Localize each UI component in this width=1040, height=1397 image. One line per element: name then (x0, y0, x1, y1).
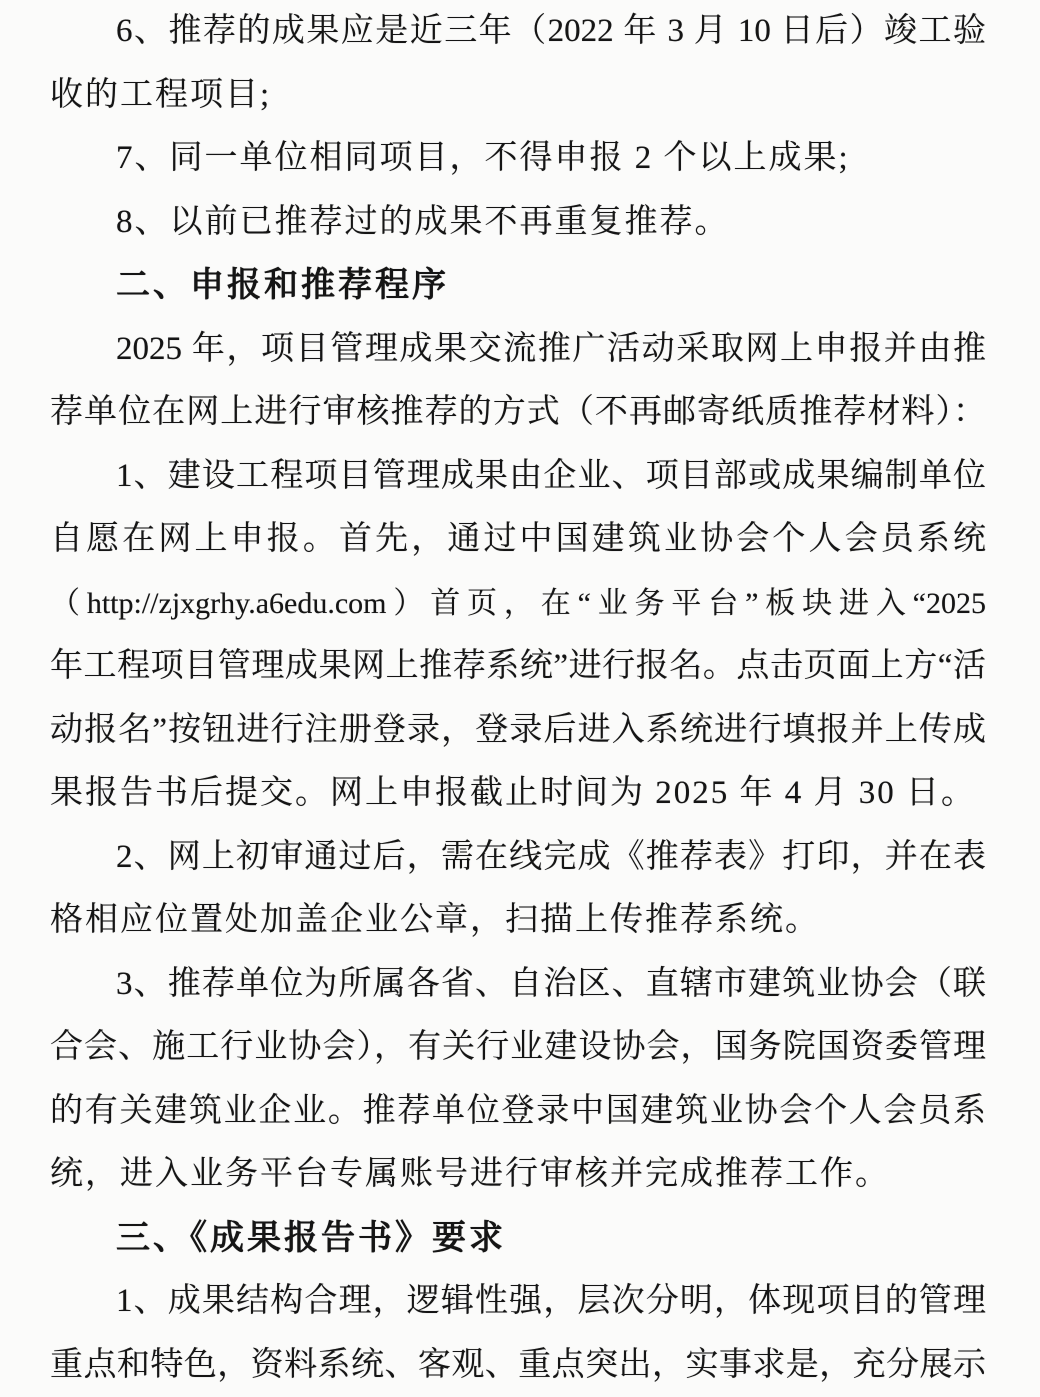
text-line: 7、同一单位相同项目，不得申报 2 个以上成果; (50, 127, 986, 191)
text-line: 6、推荐的成果应是近三年（2022 年 3 月 10 日后）竣工验 (50, 0, 986, 64)
text-line: 统，进入业务平台专属账号进行审核并完成推荐工作。 (50, 1143, 986, 1207)
text-line: 重点和特色，资料系统、客观、重点突出，实事求是，充分展示 (50, 1334, 986, 1397)
text-line: 动报名”按钮进行注册登录，登录后进入系统进行填报并上传成 (50, 699, 986, 763)
section-heading: 二、申报和推荐程序 (50, 254, 986, 318)
text-line: 3、推荐单位为所属各省、自治区、直辖市建筑业协会（联 (50, 953, 986, 1017)
text-line: 8、以前已推荐过的成果不再重复推荐。 (50, 191, 986, 255)
document-page: 6、推荐的成果应是近三年（2022 年 3 月 10 日后）竣工验 收的工程项目… (0, 0, 1040, 1397)
section-heading: 三、《成果报告书》要求 (50, 1207, 986, 1271)
text-line: 荐单位在网上进行审核推荐的方式（不再邮寄纸质推荐材料）： (50, 381, 986, 445)
text-line: 合会、施工行业协会），有关行业建设协会，国务院国资委管理 (50, 1016, 986, 1080)
text-line: 果报告书后提交。网上申报截止时间为 2025 年 4 月 30 日。 (50, 762, 986, 826)
text-line: 的有关建筑业企业。推荐单位登录中国建筑业协会个人会员系 (50, 1080, 986, 1144)
text-line: 自愿在网上申报。首先，通过中国建筑业协会个人会员系统 (50, 508, 986, 572)
text-line: 1、成果结构合理，逻辑性强，层次分明，体现项目的管理 (50, 1270, 986, 1334)
text-line: 1、建设工程项目管理成果由企业、项目部或成果编制单位 (50, 445, 986, 509)
text-line: 2025 年，项目管理成果交流推广活动采取网上申报并由推 (50, 318, 986, 382)
text-line: 年工程项目管理成果网上推荐系统”进行报名。点击页面上方“活 (50, 635, 986, 699)
text-line: 2、网上初审通过后，需在线完成《推荐表》打印，并在表 (50, 826, 986, 890)
text-line-with-url: （http://zjxgrhy.a6edu.com）首页，在“业务平台”板块进入… (50, 572, 986, 636)
text-line: 收的工程项目; (50, 64, 986, 128)
text-line: 格相应位置处加盖企业公章，扫描上传推荐系统。 (50, 889, 986, 953)
